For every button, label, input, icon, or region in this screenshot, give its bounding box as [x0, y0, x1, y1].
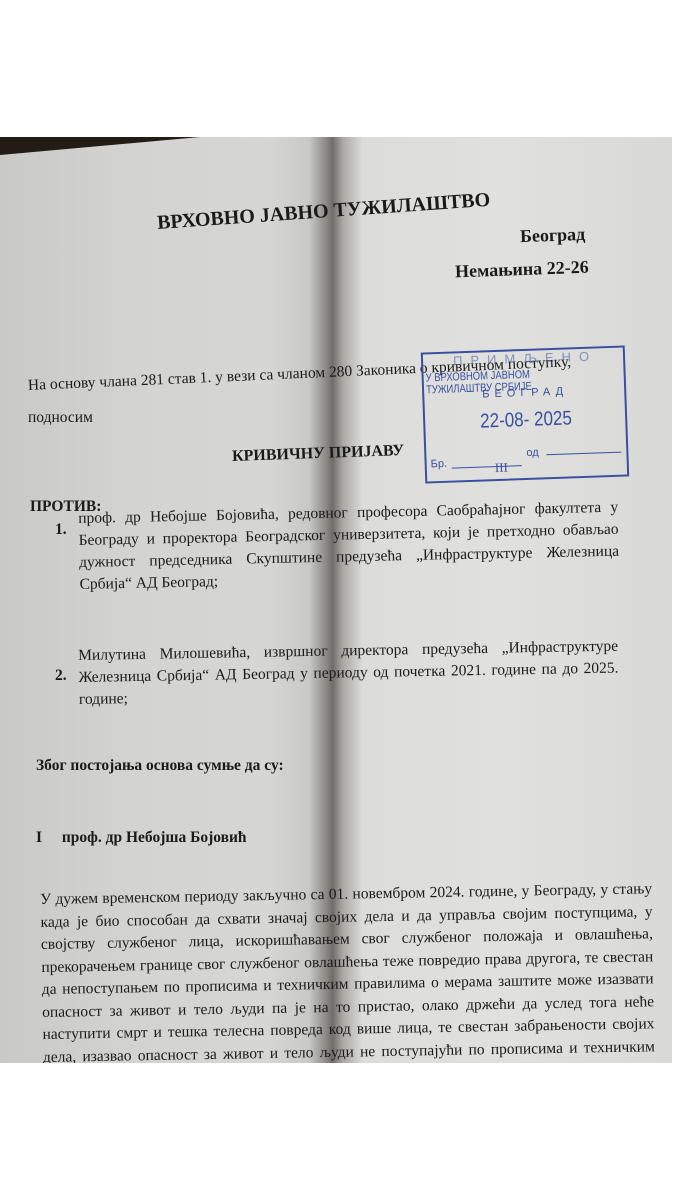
address-heading: Немањина 22-26 — [455, 257, 589, 283]
section-title: проф. др Небојша Бојовић — [62, 829, 247, 846]
stamp-roman: III — [495, 460, 509, 476]
received-stamp: ПРИМЉЕНО У ВРХОВНОМ ЈАВНОМ ТУЖИЛАШТВУ СР… — [421, 345, 629, 483]
item-number-1: 1. — [55, 521, 67, 539]
stamp-city: БЕОГРАД — [482, 385, 568, 400]
stamp-heading: ПРИМЉЕНО — [453, 348, 598, 368]
stamp-number-label: Бр. — [430, 458, 447, 471]
document-photo: ВРХОВНО ЈАВНО ТУЖИЛАШТВО Београд Немањин… — [0, 137, 672, 1063]
reason-heading: Због постојања основа сумње да су: — [36, 757, 284, 775]
intro-line-2: подносим — [28, 409, 93, 427]
stamp-from-label: од — [526, 447, 539, 459]
document-title: КРИВИЧНУ ПРИЈАВУ — [232, 442, 405, 466]
against-item-2: Милутина Милошевића, извршног директора … — [78, 636, 619, 711]
stamp-date: 22-08- 2025 — [480, 407, 572, 433]
section-roman: I — [36, 829, 58, 847]
stamp-number-line — [452, 465, 522, 468]
body-paragraph: У дужем временском периоду закључно са 0… — [40, 878, 655, 1063]
city-heading: Београд — [520, 224, 586, 247]
section-heading: I проф. др Небојша Бојовић — [36, 829, 247, 847]
institution-heading: ВРХОВНО ЈАВНО ТУЖИЛАШТВО — [156, 189, 491, 235]
against-item-1: проф. др Небојше Бојовића, редовног проф… — [78, 497, 620, 596]
item-number-2: 2. — [55, 667, 67, 685]
stamp-from-line — [546, 452, 621, 456]
background-edge — [0, 137, 200, 155]
